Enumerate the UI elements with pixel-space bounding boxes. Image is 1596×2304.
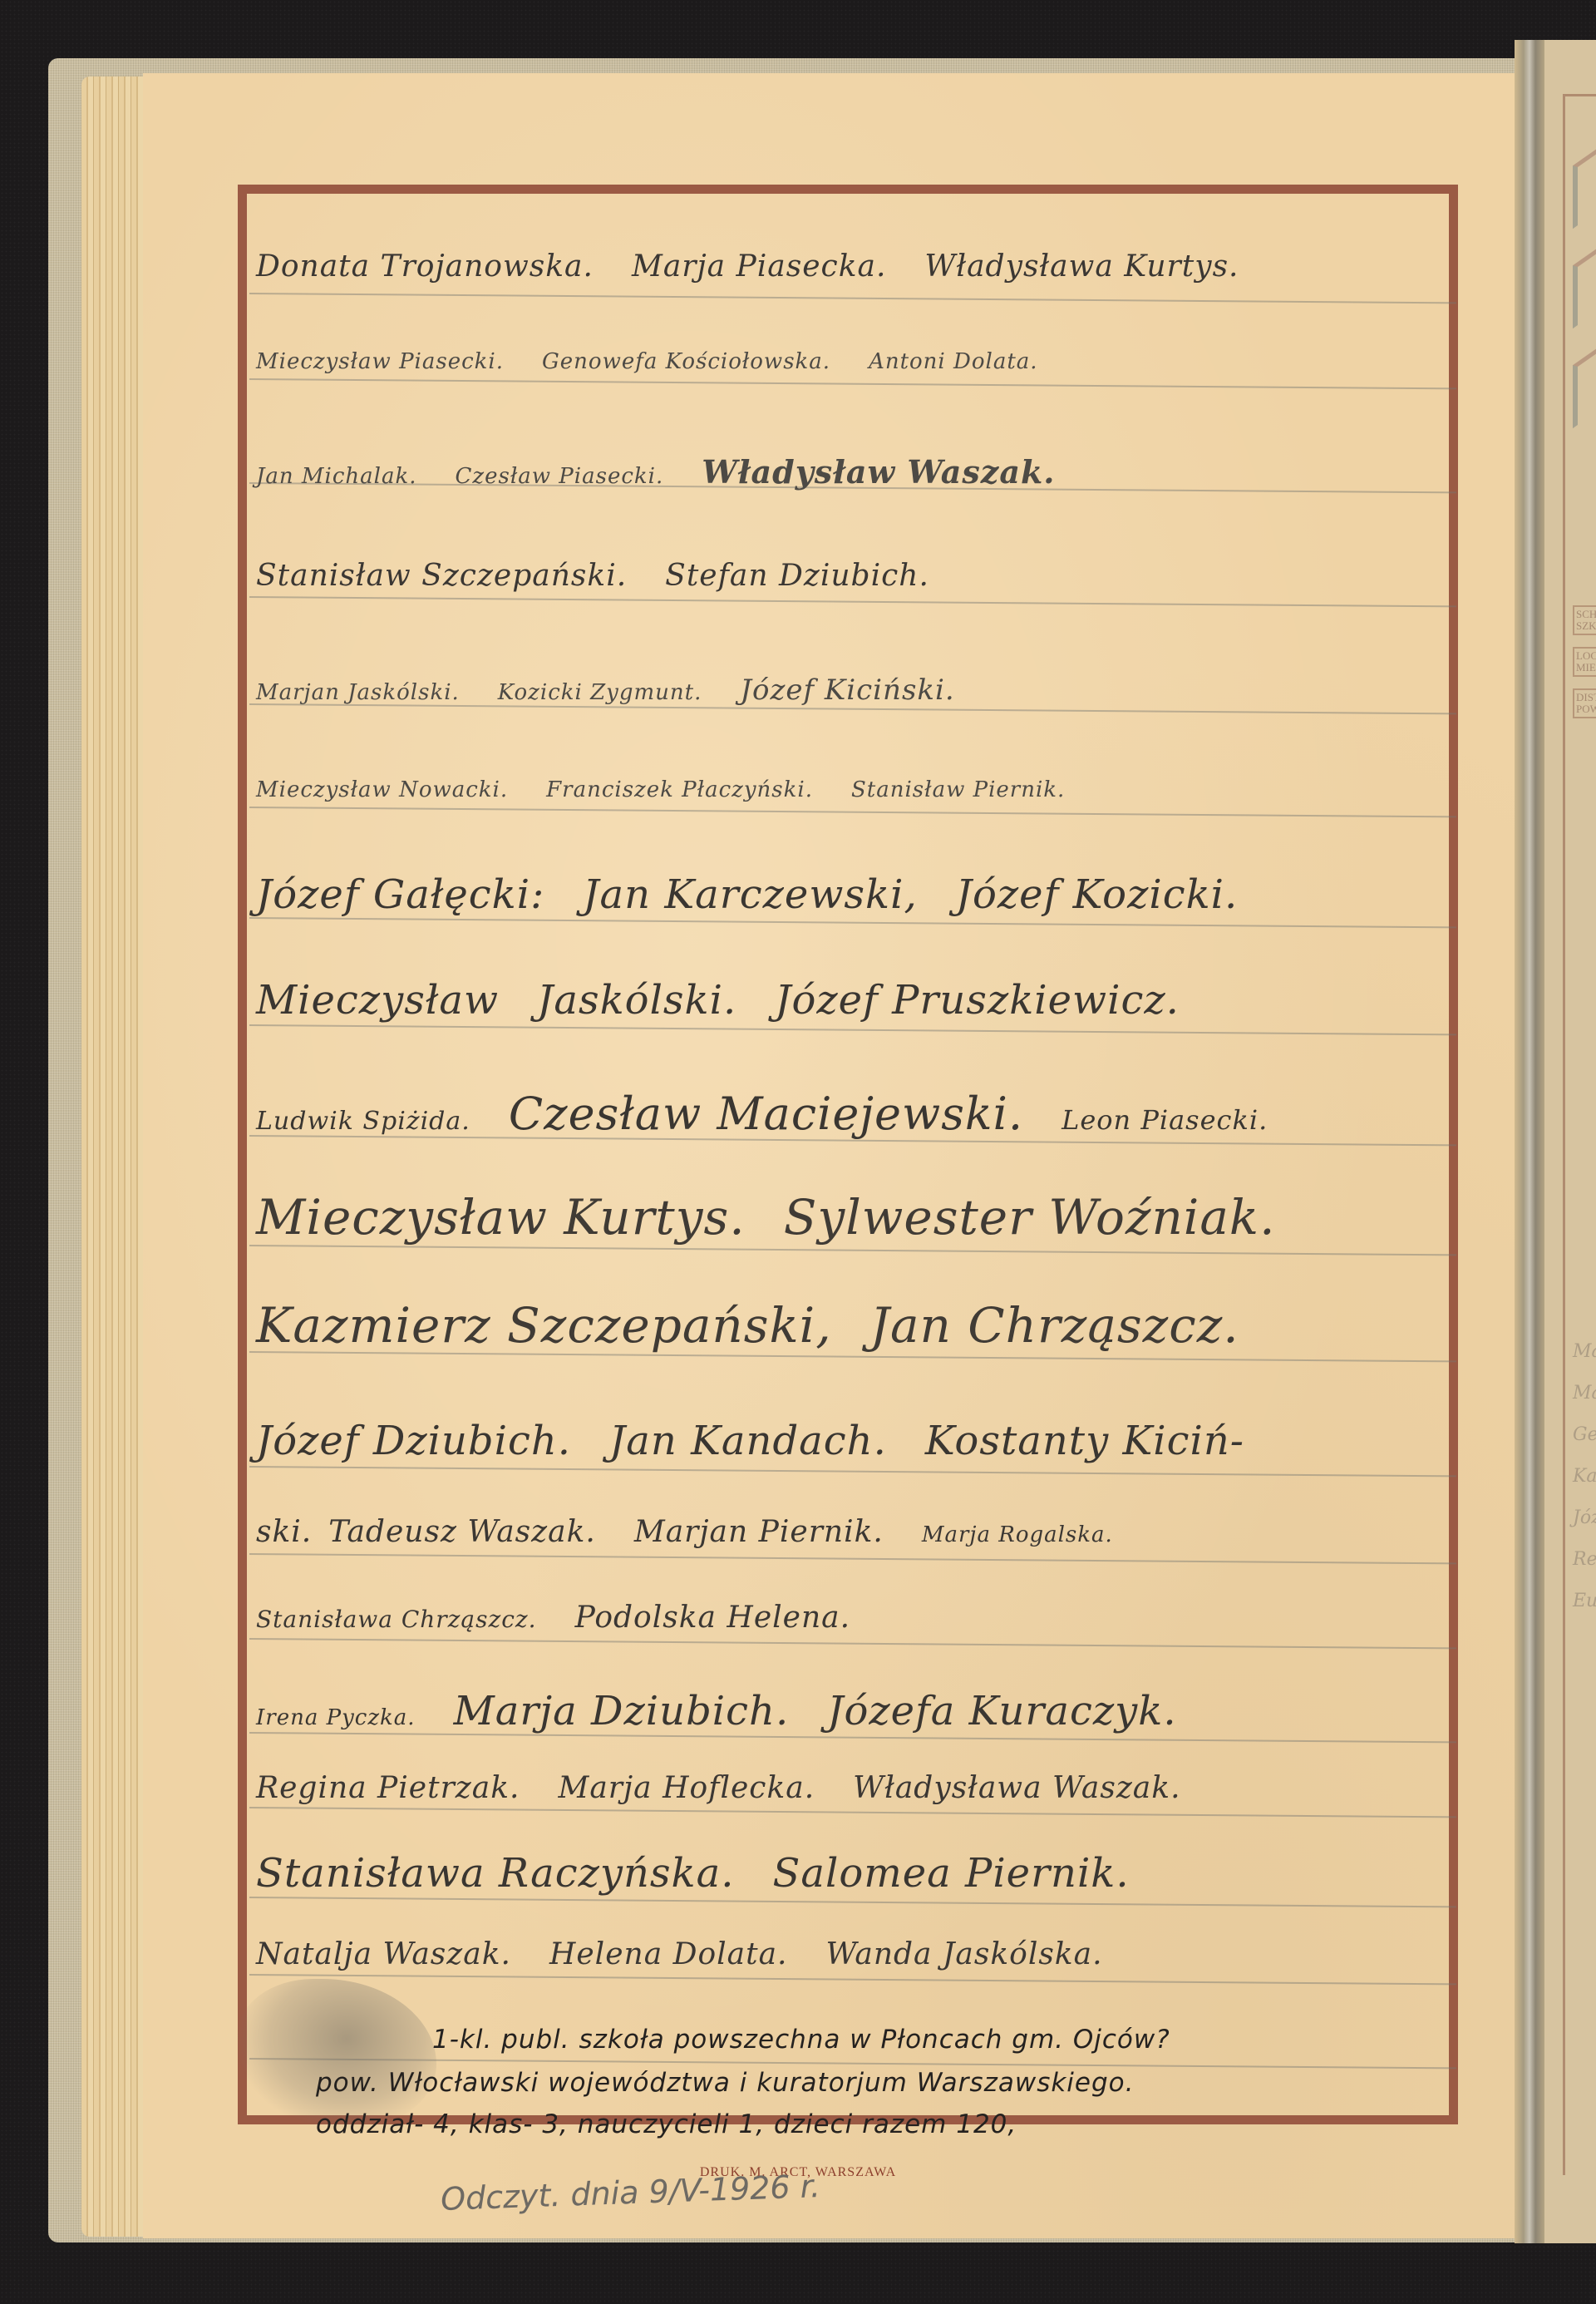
student-name: Marja Dziubich. xyxy=(454,1688,790,1734)
student-name: Wanda Jaskólska. xyxy=(825,1937,1102,1971)
name-row: Mieczysław Piasecki.Genowefa Kościołowsk… xyxy=(256,349,1453,374)
adjacent-script: Kaz xyxy=(1573,1466,1596,1487)
student-name: Mieczysław Nowacki. xyxy=(256,777,508,802)
student-name: Marja Piasecka. xyxy=(632,249,886,284)
adjacent-label: SCHO SZKO xyxy=(1573,605,1596,635)
student-name: Marjan Jaskólski. xyxy=(256,680,460,705)
adjacent-label: DIST POW xyxy=(1573,688,1596,718)
student-name: Marja Hoflecka. xyxy=(558,1771,815,1805)
student-name: Józef Pruszkiewicz. xyxy=(775,977,1180,1024)
student-name: Donata Trojanowska. xyxy=(256,249,594,284)
student-name: Władysława Waszak. xyxy=(853,1771,1180,1805)
student-name: Józef Gałęcki: xyxy=(256,871,544,918)
student-name: Józef Kiciński. xyxy=(740,673,954,707)
name-row: Irena Pyczka.Marja Dziubich.Józefa Kurac… xyxy=(256,1688,1453,1734)
name-row: MieczysławJaskólski.Józef Pruszkiewicz. xyxy=(256,977,1453,1024)
student-name: Kazmierz Szczepański, xyxy=(256,1297,832,1354)
student-name: Stanisława Raczyńska. xyxy=(256,1850,734,1897)
student-name: Kostanty Kiciń- xyxy=(925,1418,1244,1464)
adjacent-page: SCHO SZKO LOCA MIEJ DIST POW Ma Ma Gene … xyxy=(1544,40,1596,2243)
student-name: Natalja Waszak. xyxy=(256,1937,511,1971)
student-name: Kozicki Zygmunt. xyxy=(498,680,702,705)
student-name: Irena Pyczka. xyxy=(256,1705,416,1730)
student-name: Władysława Kurtys. xyxy=(924,249,1239,284)
student-name: Józef Dziubich. xyxy=(256,1418,571,1464)
student-name: Marja Rogalska. xyxy=(922,1522,1113,1547)
name-row: Jan Michalak.Czesław Piasecki.Władysław … xyxy=(256,453,1453,491)
name-row: Donata Trojanowska.Marja Piasecka.Władys… xyxy=(256,249,1453,284)
student-name: Jan Kandach. xyxy=(609,1418,887,1464)
name-row: Regina Pietrzak.Marja Hoflecka.Władysław… xyxy=(256,1771,1453,1805)
name-row: ski.Tadeusz Waszak.Marjan Piernik.Marja … xyxy=(256,1515,1453,1549)
adjacent-label: LOCA MIEJ xyxy=(1573,647,1596,677)
name-row: Mieczysław Kurtys.Sylwester Woźniak. xyxy=(256,1189,1453,1246)
student-name: Regina Pietrzak. xyxy=(256,1771,520,1805)
student-name: Jan Chrząszcz. xyxy=(870,1297,1239,1354)
adjacent-script: Regina xyxy=(1573,1549,1596,1570)
name-row: Mieczysław Nowacki.Franciszek Płaczyński… xyxy=(256,777,1453,802)
adjacent-script: Ma xyxy=(1573,1341,1596,1362)
student-name: Genowefa Kościołowska. xyxy=(542,349,830,374)
student-name: Stanisław Szczepański. xyxy=(256,559,627,593)
student-name: Antoni Dolata. xyxy=(869,349,1037,374)
summary-line-2: pow. Włocławski województwa i kuratorjum… xyxy=(316,2068,1135,2098)
student-name: Mieczysław xyxy=(256,977,499,1024)
book-gutter xyxy=(1515,40,1544,2243)
student-name: Leon Piasecki. xyxy=(1062,1104,1268,1136)
name-row: Stanisława Chrząszcz.Podolska Helena. xyxy=(256,1601,1453,1635)
student-name: Jan Michalak. xyxy=(256,464,417,489)
student-name: Władysław Waszak. xyxy=(702,453,1055,491)
student-name: Marjan Piernik. xyxy=(634,1515,884,1549)
page-edges xyxy=(81,76,146,2237)
summary-line-1: 1-kl. publ. szkoła powszechna w Płoncach… xyxy=(432,2025,1170,2055)
adjacent-script: Józef xyxy=(1573,1507,1596,1528)
student-name: Jan Karczewski, xyxy=(583,871,917,918)
student-name: Jaskólski. xyxy=(537,977,736,1024)
student-name: Tadeusz Waszak. xyxy=(328,1515,596,1549)
student-name: Stefan Dziubich. xyxy=(665,559,929,593)
student-name: ski. xyxy=(256,1515,312,1549)
name-row: Kazmierz Szczepański,Jan Chrząszcz. xyxy=(256,1297,1453,1354)
student-name: Józef Kozicki. xyxy=(956,871,1239,918)
student-name: Czesław Maciejewski. xyxy=(509,1088,1023,1140)
name-row: Natalja Waszak.Helena Dolata.Wanda Jaskó… xyxy=(256,1937,1453,1971)
student-name: Mieczysław Kurtys. xyxy=(256,1189,746,1246)
adjacent-script: Ma xyxy=(1573,1383,1596,1404)
name-row: Stanisław Szczepański.Stefan Dziubich. xyxy=(256,559,1453,593)
name-row: Stanisława Raczyńska.Salomea Piernik. xyxy=(256,1850,1453,1897)
student-name: Józefa Kuraczyk. xyxy=(827,1688,1176,1734)
adjacent-script: Gene xyxy=(1573,1424,1596,1445)
adjacent-script: Eufr xyxy=(1573,1591,1596,1611)
student-name: Stanisław Piernik. xyxy=(851,777,1065,802)
name-row: Józef Dziubich.Jan Kandach.Kostanty Kici… xyxy=(256,1418,1453,1464)
summary-line-3: oddział- 4, klas- 3, nauczycieli 1, dzie… xyxy=(316,2109,1017,2139)
student-name: Stanisława Chrząszcz. xyxy=(256,1606,537,1633)
student-name: Podolska Helena. xyxy=(575,1601,850,1635)
name-row: Marjan Jaskólski.Kozicki Zygmunt.Józef K… xyxy=(256,673,1453,707)
name-row: Ludwik Spiżida.Czesław Maciejewski.Leon … xyxy=(256,1088,1453,1140)
name-row: Józef Gałęcki:Jan Karczewski,Józef Kozic… xyxy=(256,871,1453,918)
student-name: Helena Dolata. xyxy=(549,1937,788,1971)
student-name: Mieczysław Piasecki. xyxy=(256,349,504,374)
student-name: Ludwik Spiżida. xyxy=(256,1107,470,1136)
student-name: Franciszek Płaczyński. xyxy=(546,777,813,802)
student-name: Sylwester Woźniak. xyxy=(784,1189,1276,1246)
student-name: Czesław Piasecki. xyxy=(456,464,664,489)
student-name: Salomea Piernik. xyxy=(772,1850,1129,1897)
